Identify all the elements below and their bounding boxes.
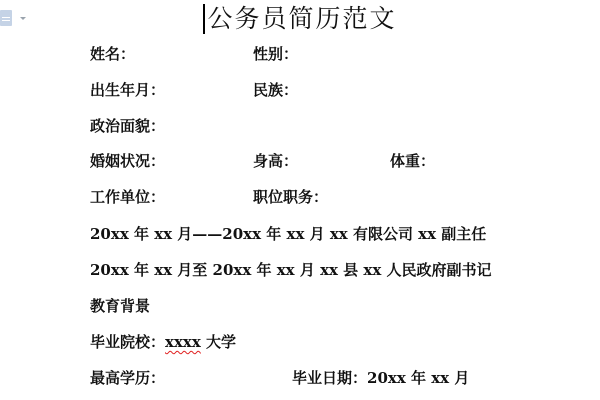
- political-status-label: 政治面貌：: [90, 116, 165, 136]
- graduation-date-value: 20xx 年 xx 月: [367, 369, 469, 387]
- document-title[interactable]: 公务员简历范文: [203, 3, 396, 35]
- ethnicity-label: 民族：: [253, 80, 298, 100]
- school-label: 毕业院校：: [90, 333, 165, 351]
- school-name-misspelled[interactable]: xxxx: [165, 333, 201, 351]
- name-label: 姓名：: [90, 44, 135, 64]
- row-school: 毕业院校：xxxx 大学: [90, 332, 236, 352]
- birth-date-label: 出生年月：: [90, 80, 165, 100]
- experience-line-1: 20xx 年 xx 月——20xx 年 xx 月 xx 有限公司 xx 副主任: [90, 224, 486, 244]
- degree-label: 最高学历：: [90, 368, 165, 388]
- employer-label: 工作单位：: [90, 187, 165, 207]
- document-title-text: 公务员简历范文: [207, 4, 396, 33]
- education-heading: 教育背景: [90, 296, 150, 316]
- document-title-container: 公务员简历范文: [0, 3, 600, 35]
- experience-line-2: 20xx 年 xx 月至 20xx 年 xx 月 xx 县 xx 人民政府副书记: [90, 260, 492, 280]
- position-label: 职位职务：: [253, 187, 328, 207]
- school-name-suffix: 大学: [201, 333, 236, 351]
- weight-label: 体重：: [390, 151, 435, 171]
- height-label: 身高：: [253, 151, 298, 171]
- gender-label: 性别：: [253, 44, 298, 64]
- text-cursor: [203, 4, 205, 34]
- graduation-date-field: 毕业日期：20xx 年 xx 月: [292, 368, 469, 388]
- marital-status-label: 婚姻状况：: [90, 151, 165, 171]
- graduation-date-label: 毕业日期：: [292, 369, 367, 387]
